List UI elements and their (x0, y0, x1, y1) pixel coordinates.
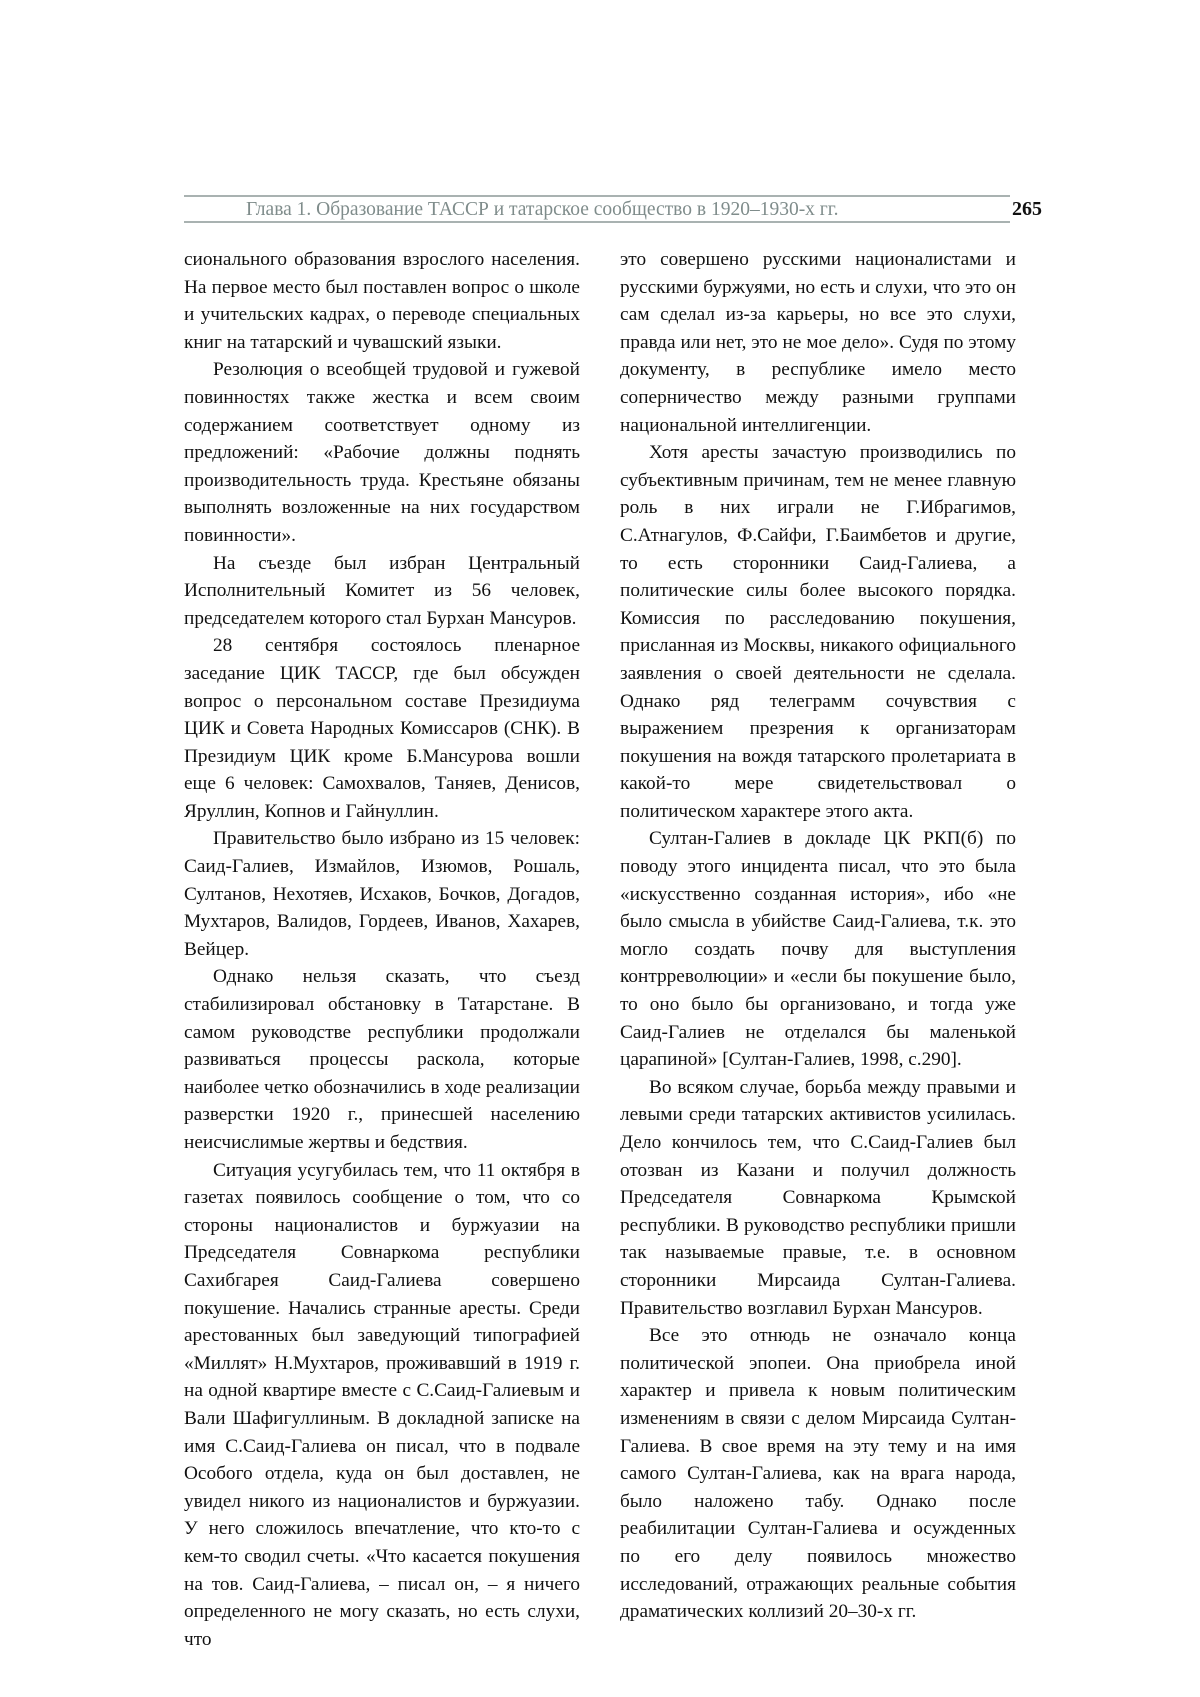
paragraph: Однако нельзя сказать, что съезд стабили… (184, 963, 580, 1156)
chapter-title: Глава 1. Образование ТАССР и татарское с… (246, 198, 838, 222)
page-number: 265 (1012, 197, 1042, 221)
book-page: Глава 1. Образование ТАССР и татарское с… (0, 0, 1200, 1697)
paragraph: 28 сентября состоялось пленарное заседан… (184, 632, 580, 825)
body-columns: сионального образования взрослого населе… (184, 246, 1016, 1653)
paragraph: Султан-Галиев в докладе ЦК РКП(б) по пов… (620, 825, 1016, 1073)
running-header: Глава 1. Образование ТАССР и татарское с… (184, 195, 1010, 223)
paragraph: Хотя аресты зачастую производились по су… (620, 439, 1016, 825)
paragraph: Во всяком случае, борьба между правыми и… (620, 1074, 1016, 1322)
paragraph: Резолюция о всеобщей трудовой и гужевой … (184, 356, 580, 549)
paragraph: сионального образования взрослого населе… (184, 246, 580, 356)
paragraph: На съезде был избран Центральный Исполни… (184, 550, 580, 633)
left-column: сионального образования взрослого населе… (184, 246, 580, 1653)
paragraph: Правительство было избрано из 15 человек… (184, 825, 580, 963)
paragraph: Все это отнюдь не означало конца политич… (620, 1322, 1016, 1626)
right-column: это совершено русскими националистами и … (620, 246, 1016, 1653)
paragraph: Ситуация усугубилась тем, что 11 октября… (184, 1157, 580, 1654)
paragraph: это совершено русскими националистами и … (620, 246, 1016, 439)
